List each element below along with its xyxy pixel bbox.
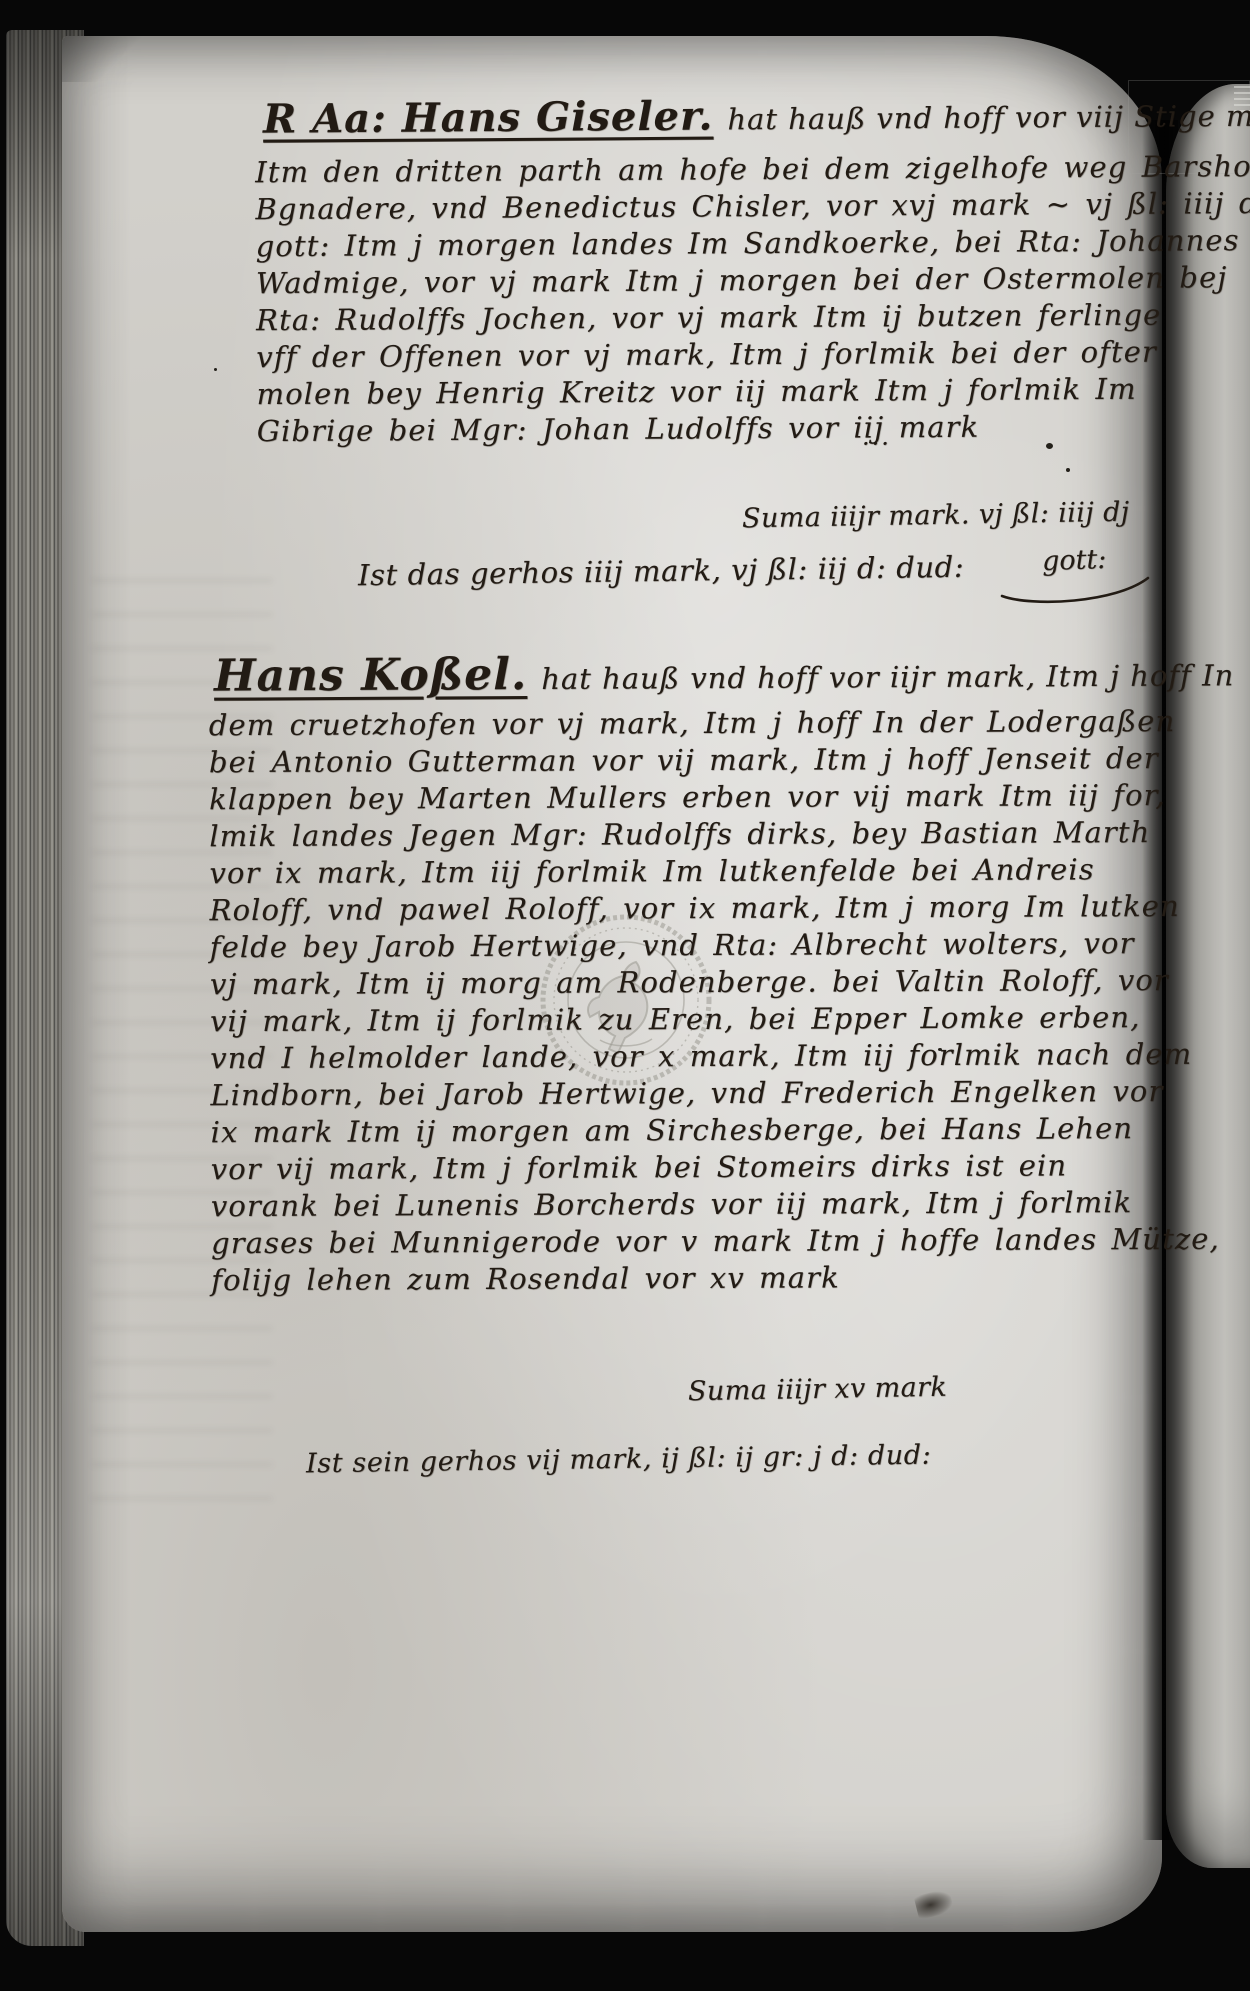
manuscript-line: grases bei Munnigerode vor v mark Itm j … bbox=[211, 1222, 1220, 1263]
entry1-summa-note: gott: bbox=[1041, 544, 1106, 577]
flourish-underline-icon bbox=[998, 574, 1154, 608]
manuscript-photo: R Aa: Hans Giseler.hat hauß vnd hoff vor… bbox=[0, 0, 1250, 1991]
manuscript-line: folijg lehen zum Rosendal vor xv mark bbox=[211, 1259, 1220, 1300]
manuscript-line: klappen bey Marten Mullers erben vor vij… bbox=[209, 778, 1218, 819]
ink-speck bbox=[1046, 443, 1053, 449]
manuscript-line: Wadmige, vor vj mark Itm j morgen bei de… bbox=[256, 260, 1250, 303]
manuscript-line: Itm den dritten parth am hofe bei dem zi… bbox=[255, 149, 1250, 192]
manuscript-line: ix mark Itm ij morgen am Sirchesberge, b… bbox=[210, 1111, 1219, 1152]
page-corner-fold bbox=[62, 36, 148, 82]
manuscript-line: vj mark, Itm ij morg am Rodenberge. bei … bbox=[210, 963, 1219, 1004]
ink-speck bbox=[938, 1048, 942, 1051]
manuscript-line: vij mark, Itm ij forlmik zu Eren, bei Ep… bbox=[210, 1000, 1219, 1041]
manuscript-line: bei Antonio Gutterman vor vij mark, Itm … bbox=[209, 741, 1218, 782]
manuscript-line: vor vij mark, Itm j forlmik bei Stomeirs… bbox=[211, 1148, 1220, 1189]
manuscript-line: vor ix mark, Itm iij forlmik Im lutkenfe… bbox=[209, 852, 1218, 893]
manuscript-line: Lindborn, bei Jarob Hertwige, vnd Freder… bbox=[210, 1074, 1219, 1115]
manuscript-line: vnd I helmolder lande, vor x mark, Itm i… bbox=[210, 1037, 1219, 1078]
entry2-heading-line: Hans Koßel.hat hauß vnd hoff vor iijr ma… bbox=[214, 645, 1234, 701]
entry1-heading-line: R Aa: Hans Giseler.hat hauß vnd hoff vor… bbox=[263, 88, 1250, 142]
manuscript-line: vff der Offenen vor vj mark, Itm j forlm… bbox=[256, 334, 1250, 377]
manuscript-line: Rta: Rudolffs Jochen, vor vj mark Itm ij… bbox=[256, 297, 1250, 340]
manuscript-line: dem cruetzhofen vor vj mark, Itm j hoff … bbox=[209, 704, 1218, 745]
manuscript-line: lmik landes Jegen Mgr: Rudolffs dirks, b… bbox=[209, 815, 1218, 856]
manuscript-line: vorank bei Lunenis Borcherds vor iij mar… bbox=[211, 1185, 1220, 1226]
entry2-summa-line: Suma iiijr xv mark bbox=[688, 1372, 948, 1408]
ink-speck bbox=[1066, 468, 1070, 472]
entry2-heading-tail: hat hauß vnd hoff vor iijr mark, Itm j h… bbox=[541, 658, 1234, 696]
entry2-heading-name: Hans Koßel. bbox=[214, 649, 528, 702]
manuscript-line: Roloff, vnd pawel Roloff, vor ix mark, I… bbox=[210, 889, 1219, 930]
entry2-body: dem cruetzhofen vor vj mark, Itm j hoff … bbox=[209, 704, 1220, 1300]
ink-speck bbox=[214, 368, 217, 371]
manuscript-line: Gibrige bei Mgr: Johan Ludolffs vor iij … bbox=[257, 408, 1250, 451]
manuscript-line: molen bey Henrig Kreitz vor iij mark Itm… bbox=[256, 371, 1250, 414]
entry1-heading-tail: hat hauß vnd hoff vor viij Stige mark, bbox=[727, 98, 1250, 136]
manuscript-line: Bgnadere, vnd Benedictus Chisler, vor xv… bbox=[255, 186, 1250, 229]
manuscript-line: felde bey Jarob Hertwige, vnd Rta: Albre… bbox=[210, 926, 1219, 967]
manuscript-line: gott: Itm j morgen landes Im Sandkoerke,… bbox=[256, 223, 1250, 266]
entry1-heading-name: R Aa: Hans Giseler. bbox=[263, 93, 714, 143]
entry1-body: Itm den dritten parth am hofe bei dem zi… bbox=[255, 149, 1250, 451]
paragraph-end-mark: ··· bbox=[862, 430, 891, 458]
